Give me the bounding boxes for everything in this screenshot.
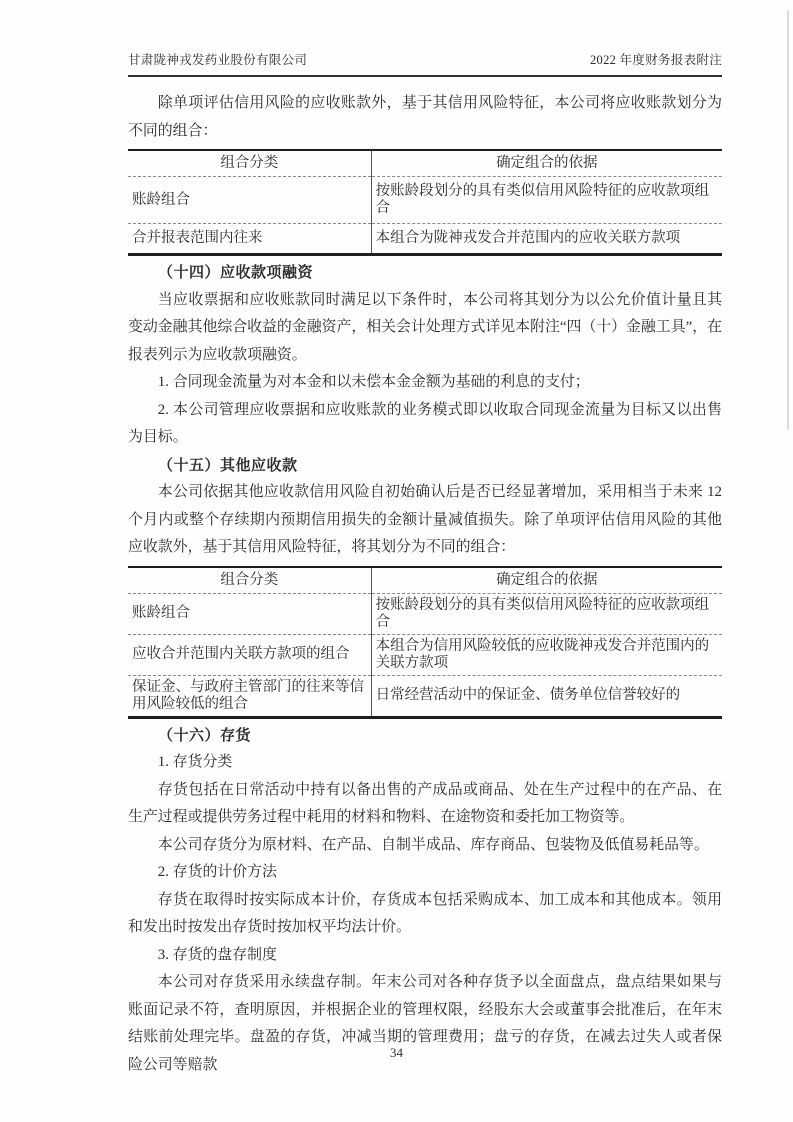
page-header: 甘肃陇神戎发药业股份有限公司 2022 年度财务报表附注: [128, 50, 722, 77]
section-14-item-1: 1. 合同现金流量为对本金和以未偿本金金额为基础的利息的支付；: [128, 369, 722, 397]
receivables-portfolio-table: 组合分类 确定组合的依据 账龄组合 按账龄段划分的具有类似信用风险特征的应收款项…: [128, 149, 722, 256]
section-14-paragraph: 当应收票据和应收账款同时满足以下条件时，本公司将其划分为以公允价值计量且其变动金…: [128, 287, 722, 370]
company-name: 甘肃陇神戎发药业股份有限公司: [128, 50, 307, 68]
table-row: 应收合并范围内关联方款项的组合 本组合为信用风险较低的应收陇神戎发合并范围内的关…: [128, 634, 722, 675]
section-16-subhead-1: 1. 存货分类: [128, 749, 722, 777]
section-14-title: （十四）应收款项融资: [128, 259, 722, 287]
table-cell: 按账龄段划分的具有类似信用风险特征的应收款项组合: [371, 593, 722, 634]
section-16-paragraph-4: 本公司对存货采用永续盘存制。年末公司对各种存货予以全面盘点，盘点结果如果与账面记…: [128, 969, 722, 1079]
column-header-basis: 确定组合的依据: [371, 150, 722, 177]
table-cell: 本组合为信用风险较低的应收陇神戎发合并范围内的关联方款项: [371, 634, 722, 675]
section-15-paragraph: 本公司依据其他应收款信用风险自初始确认后是否已经显著增加，采用相当于未来 12 …: [128, 479, 722, 562]
column-header-portfolio: 组合分类: [128, 150, 371, 177]
section-15-title: （十五）其他应收款: [128, 452, 722, 480]
table-cell: 按账龄段划分的具有类似信用风险特征的应收款项组合: [371, 177, 722, 224]
scan-edge-artifact: [787, 10, 789, 430]
table-cell: 日常经营活动中的保证金、债务单位信誉较好的: [371, 675, 722, 717]
table-row: 保证金、与政府主管部门的往来等信用风险较低的组合 日常经营活动中的保证金、债务单…: [128, 675, 722, 717]
table-cell: 保证金、与政府主管部门的往来等信用风险较低的组合: [128, 675, 371, 717]
section-16-paragraph-3: 存货在取得时按实际成本计价，存货成本包括采购成本、加工成本和其他成本。领用和发出…: [128, 887, 722, 942]
table-cell: 本组合为陇神戎发合并范围内的应收关联方款项: [371, 224, 722, 255]
report-title: 2022 年度财务报表附注: [590, 50, 722, 68]
intro-paragraph: 除单项评估信用风险的应收账款外，基于其信用风险特征，本公司将应收账款划分为不同的…: [128, 90, 722, 145]
column-header-portfolio: 组合分类: [128, 567, 371, 594]
document-body: 除单项评估信用风险的应收账款外，基于其信用风险特征，本公司将应收账款划分为不同的…: [128, 90, 722, 1079]
document-page: 甘肃陇神戎发药业股份有限公司 2022 年度财务报表附注 除单项评估信用风险的应…: [0, 0, 793, 1122]
section-16-paragraph-2: 本公司存货分为原材料、在产品、自制半成品、库存商品、包装物及低值易耗品等。: [128, 832, 722, 860]
column-header-basis: 确定组合的依据: [371, 567, 722, 594]
table-cell: 账龄组合: [128, 177, 371, 224]
section-14-item-2: 2. 本公司管理应收票据和应收账款的业务模式即以收取合同现金流量为目标又以出售为…: [128, 397, 722, 452]
table-row: 账龄组合 按账龄段划分的具有类似信用风险特征的应收款项组合: [128, 177, 722, 224]
table-cell: 账龄组合: [128, 593, 371, 634]
section-16-paragraph-1: 存货包括在日常活动中持有以备出售的产成品或商品、处在生产过程中的在产品、在生产过…: [128, 777, 722, 832]
page-number: 34: [0, 1045, 793, 1061]
other-receivables-portfolio-table: 组合分类 确定组合的依据 账龄组合 按账龄段划分的具有类似信用风险特征的应收款项…: [128, 566, 722, 719]
table-cell: 应收合并范围内关联方款项的组合: [128, 634, 371, 675]
section-16-title: （十六）存货: [128, 722, 722, 750]
table-header-row: 组合分类 确定组合的依据: [128, 150, 722, 177]
table-row: 账龄组合 按账龄段划分的具有类似信用风险特征的应收款项组合: [128, 593, 722, 634]
section-16-subhead-3: 3. 存货的盘存制度: [128, 942, 722, 970]
table-header-row: 组合分类 确定组合的依据: [128, 567, 722, 594]
table-row: 合并报表范围内往来 本组合为陇神戎发合并范围内的应收关联方款项: [128, 224, 722, 255]
table-cell: 合并报表范围内往来: [128, 224, 371, 255]
section-16-subhead-2: 2. 存货的计价方法: [128, 859, 722, 887]
